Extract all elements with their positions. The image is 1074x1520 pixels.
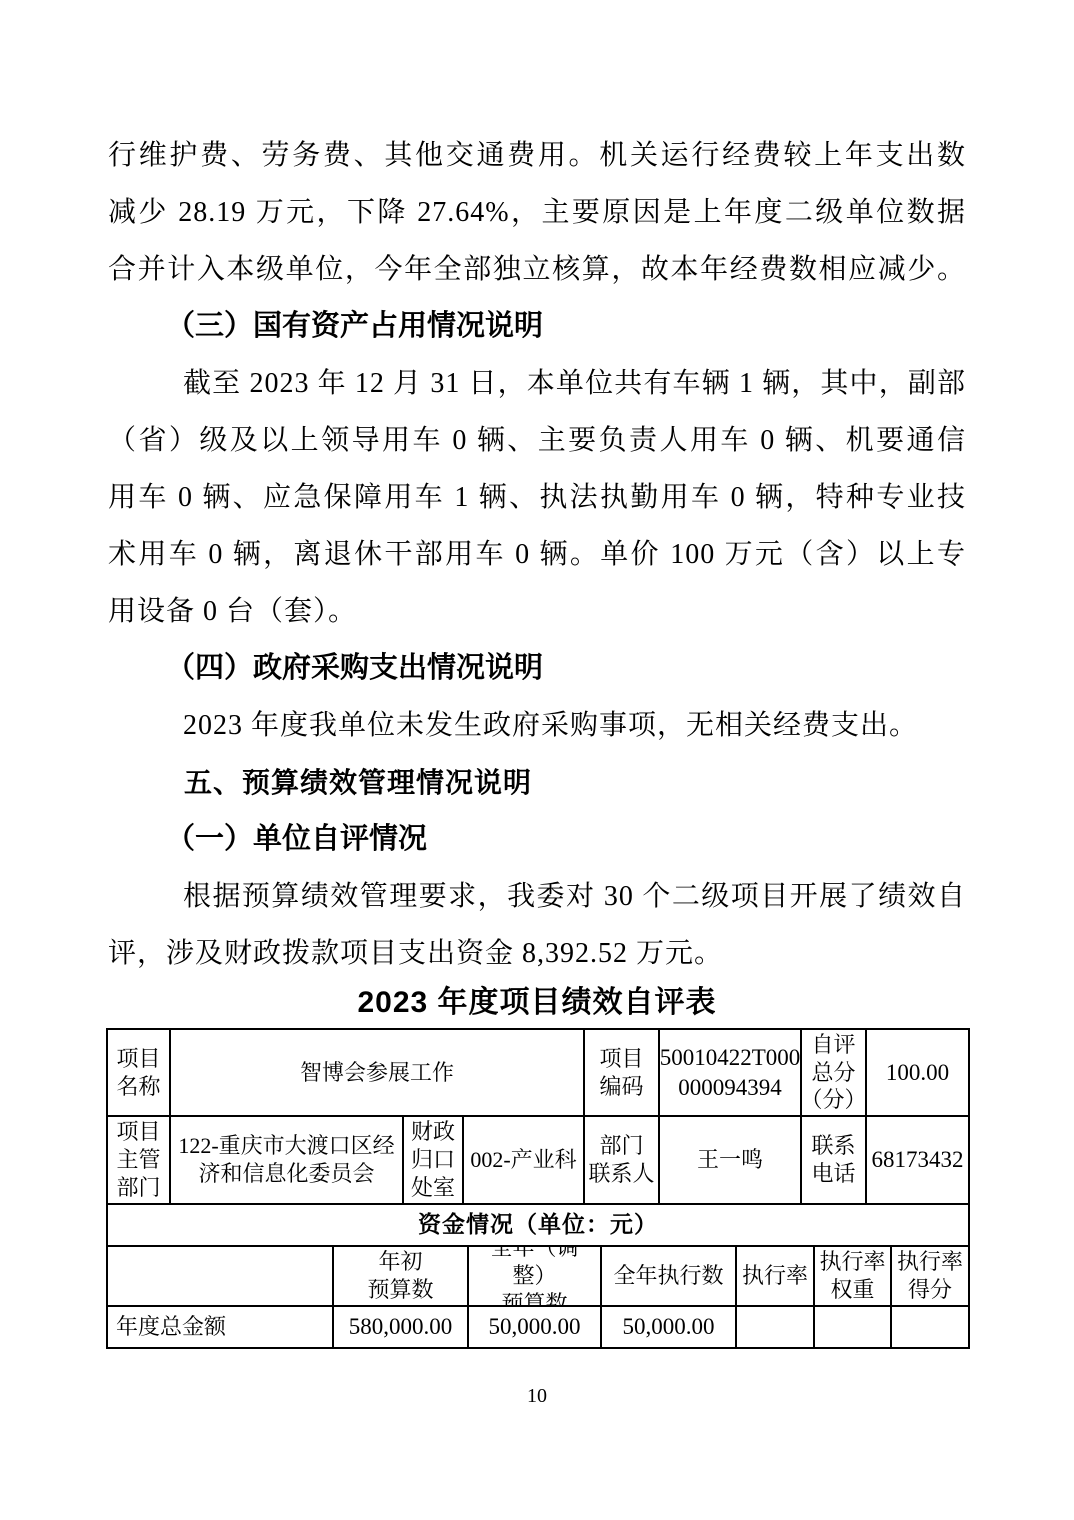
heading-section-3-state-assets: （三）国有资产占用情况说明 (108, 298, 966, 355)
cell-text: 68173432 (872, 1145, 964, 1174)
cell-text: 002-产业科 (470, 1146, 576, 1174)
dept-label-cell: 项目 主管 部门 (108, 1117, 171, 1205)
heading-subsection-1-self-evaluation: （一）单位自评情况 (108, 811, 966, 868)
paragraph-operating-expense: 行维护费、劳务费、其他交通费用。机关运行经费较上年支出数 减少 28.19 万元… (108, 127, 966, 298)
text-line: 根据预算绩效管理要求，我委对 30 个二级项目开展了绩效自 (108, 868, 966, 925)
cell-text: 项目 编码 (599, 1045, 643, 1101)
annual-total-label-cell: 年度总金额 (108, 1307, 334, 1349)
text-line: 术用车 0 辆，离退休干部用车 0 辆。单价 100 万元（含）以上专 (108, 526, 966, 583)
paragraph-state-assets: 截至 2023 年 12 月 31 日，本单位共有车辆 1 辆，其中，副部 （省… (108, 355, 966, 640)
cell-text: 100.00 (886, 1058, 949, 1087)
execution-rate-value-cell (737, 1307, 815, 1349)
cell-text: 年度总金额 (116, 1313, 226, 1341)
self-score-value-cell: 100.00 (867, 1030, 970, 1117)
performance-self-evaluation-table: 项目 名称 智博会参展工作 项目 编码 50010422T000 0000943… (106, 1028, 970, 1349)
text-line: 用设备 0 台（套）。 (108, 583, 966, 640)
cell-text: 项目 名称 (116, 1045, 160, 1101)
text-line: 减少 28.19 万元，下降 27.64%，主要原因是上年度二级单位数据 (108, 184, 966, 241)
budget-header-empty-cell (108, 1247, 334, 1307)
cell-text: 执行率 权重 (819, 1248, 885, 1304)
table-row-department: 项目 主管 部门 122-重庆市大渡口区经 济和信息化委员会 财政 归口 处室 … (108, 1117, 970, 1205)
rate-weight-header-cell: 执行率 权重 (815, 1247, 892, 1307)
cell-text: 50,000.00 (623, 1312, 715, 1341)
cell-text: 资金情况（单位：元） (418, 1210, 658, 1239)
contact-label-cell: 部门 联系人 (585, 1117, 660, 1205)
project-name-value-cell: 智博会参展工作 (171, 1030, 585, 1117)
cell-text: 50,000.00 (489, 1312, 581, 1341)
text-line: 用车 0 辆、应急保障用车 1 辆、执法执勤用车 0 辆，特种专业技 (108, 469, 966, 526)
phone-value-cell: 68173432 (867, 1117, 970, 1205)
table-row-budget-headers: 年初 预算数 全年（调整） 预算数 全年执行数 执行率 执行率 权重 执行率 得… (108, 1247, 970, 1307)
finance-office-value-cell: 002-产业科 (464, 1117, 585, 1205)
finance-office-label-cell: 财政 归口 处室 (404, 1117, 464, 1205)
initial-budget-value-cell: 580,000.00 (334, 1307, 469, 1349)
text-line: 2023 年度我单位未发生政府采购事项，无相关经费支出。 (108, 697, 966, 754)
cell-text: 部门 联系人 (588, 1132, 654, 1188)
execution-header-cell: 全年执行数 (602, 1247, 737, 1307)
project-name-label-cell: 项目 名称 (108, 1030, 171, 1117)
adjusted-budget-header-cell: 全年（调整） 预算数 (469, 1247, 602, 1307)
cell-text: 执行率 (742, 1262, 808, 1290)
text-line: 合并计入本级单位，今年全部独立核算，故本年经费数相应减少。 (108, 241, 966, 298)
paragraph-self-evaluation: 根据预算绩效管理要求，我委对 30 个二级项目开展了绩效自 评，涉及财政拨款项目… (108, 868, 966, 982)
contact-value-cell: 王一鸣 (660, 1117, 802, 1205)
cell-text: 财政 归口 处室 (411, 1118, 455, 1202)
paragraph-procurement: 2023 年度我单位未发生政府采购事项，无相关经费支出。 (108, 697, 966, 754)
text-line: （省）级及以上领导用车 0 辆、主要负责人用车 0 辆、机要通信 (108, 412, 966, 469)
rate-score-header-cell: 执行率 得分 (892, 1247, 970, 1307)
rate-weight-value-cell (815, 1307, 892, 1349)
cell-text: 自评 总分 （分） (802, 1031, 867, 1115)
cell-text: 全年（调整） 预算数 (469, 1247, 600, 1307)
self-score-label-cell: 自评 总分 （分） (802, 1030, 867, 1117)
funds-header-cell: 资金情况（单位：元） (108, 1205, 970, 1247)
cell-text: 122-重庆市大渡口区经 济和信息化委员会 (178, 1132, 394, 1188)
heading-section-5-performance: 五、预算绩效管理情况说明 (108, 754, 966, 811)
text-line: 评，涉及财政拨款项目支出资金 8,392.52 万元。 (108, 925, 966, 982)
cell-text: 联系 电话 (811, 1132, 855, 1188)
document-page: { "document": { "para1": { "lines": [ "行… (0, 0, 1074, 1520)
page-content: 行维护费、劳务费、其他交通费用。机关运行经费较上年支出数 减少 28.19 万元… (108, 0, 966, 1408)
page-number: 10 (108, 1385, 966, 1408)
cell-text: 王一鸣 (697, 1146, 763, 1174)
cell-text: 智博会参展工作 (300, 1059, 454, 1087)
table-title: 2023 年度项目绩效自评表 (108, 982, 966, 1028)
cell-text: 项目 主管 部门 (116, 1118, 160, 1202)
cell-text: 50010422T000 000094394 (660, 1043, 800, 1101)
table-row-project: 项目 名称 智博会参展工作 项目 编码 50010422T000 0000943… (108, 1030, 970, 1117)
execution-value-cell: 50,000.00 (602, 1307, 737, 1349)
text-line: 截至 2023 年 12 月 31 日，本单位共有车辆 1 辆，其中，副部 (108, 355, 966, 412)
cell-text: 执行率 得分 (897, 1248, 963, 1304)
project-code-label-cell: 项目 编码 (585, 1030, 660, 1117)
table-row-funds-header: 资金情况（单位：元） (108, 1205, 970, 1247)
initial-budget-header-cell: 年初 预算数 (334, 1247, 469, 1307)
heading-section-4-procurement: （四）政府采购支出情况说明 (108, 640, 966, 697)
cell-text: 580,000.00 (349, 1312, 453, 1341)
cell-text: 全年执行数 (613, 1262, 723, 1290)
project-code-value-cell: 50010422T000 000094394 (660, 1030, 802, 1117)
execution-rate-header-cell: 执行率 (737, 1247, 815, 1307)
text-line: 行维护费、劳务费、其他交通费用。机关运行经费较上年支出数 (108, 127, 966, 184)
phone-label-cell: 联系 电话 (802, 1117, 867, 1205)
rate-score-value-cell (892, 1307, 970, 1349)
cell-text: 年初 预算数 (367, 1248, 433, 1304)
table-row-annual-total: 年度总金额 580,000.00 50,000.00 50,000.00 (108, 1307, 970, 1349)
adjusted-budget-value-cell: 50,000.00 (469, 1307, 602, 1349)
dept-value-cell: 122-重庆市大渡口区经 济和信息化委员会 (171, 1117, 404, 1205)
